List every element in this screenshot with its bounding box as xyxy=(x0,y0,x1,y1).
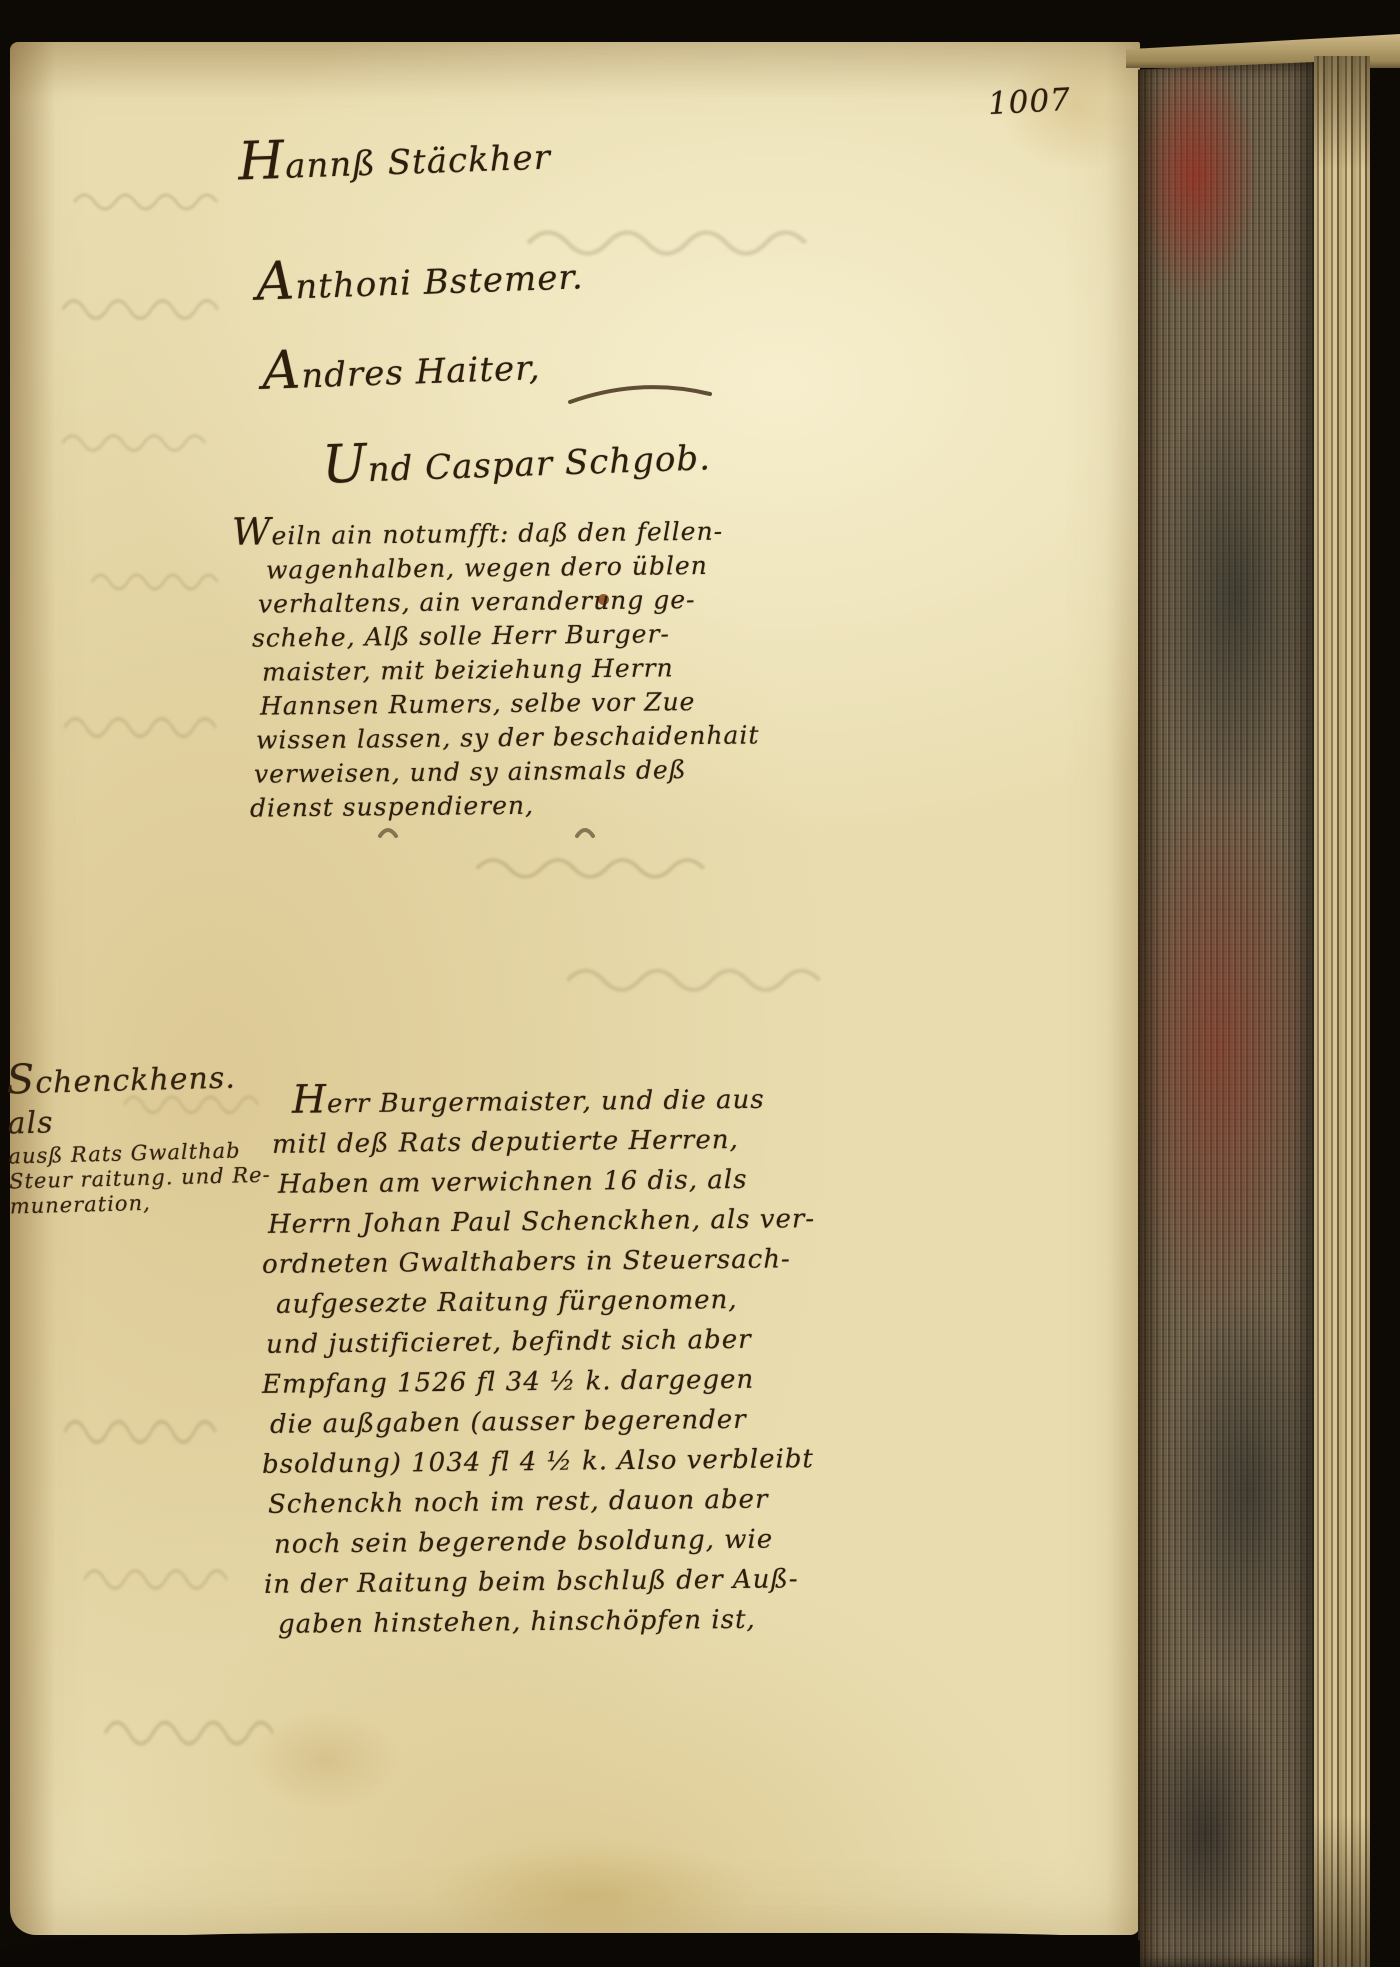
text-line: gaben hinstehen, hinschöpfen ist, xyxy=(278,1599,815,1645)
text-line: bsoldung) 1034 fl 4 ½ k. Also verbleibt xyxy=(262,1439,815,1485)
bleed-through-text xyxy=(58,282,243,332)
background-shadow xyxy=(0,1933,1140,1967)
text-line: die außgaben (ausser begerender xyxy=(270,1399,815,1445)
text-line: schehe, Alß solle Herr Burger- xyxy=(252,616,760,655)
text-line: Weiln ain notumfft: daß den fellen- xyxy=(232,509,760,554)
paragraph-resolution: Weiln ain notumfft: daß den fellen- wage… xyxy=(232,512,759,823)
entry-heading: Andres Haiter, xyxy=(261,331,541,402)
text-line: Empfang 1526 fl 34 ½ k. dargegen xyxy=(262,1359,815,1405)
text-line: in der Raitung beim bschluß der Auß- xyxy=(264,1559,815,1605)
text-line: Haben am verwichnen 16 dis, als xyxy=(278,1159,815,1205)
bleed-through-text xyxy=(58,420,228,462)
margin-note: Schenckhens. als ausß Rats Gwalthab Steu… xyxy=(6,1052,280,1219)
pen-stroke xyxy=(565,372,715,412)
text-line: wissen lassen, sy der beschaidenhait xyxy=(256,718,760,757)
bleed-through-text xyxy=(560,950,860,1005)
text-line: noch sein begerende bsoldung, wie xyxy=(274,1519,815,1565)
bleed-through-text xyxy=(70,180,240,220)
text-line: Herr Burgermaister, und die aus xyxy=(292,1075,816,1124)
page-number: 1007 xyxy=(987,82,1072,122)
text-line: wagenhalben, wegen dero üblen xyxy=(266,548,760,587)
bleed-through-text xyxy=(88,560,238,600)
margin-note-line: Schenckhens. als xyxy=(6,1052,278,1144)
entry-heading: Anthoni Bstemer. xyxy=(255,240,584,312)
book-fore-edge xyxy=(1138,62,1316,1967)
text-line: und justificieret, befindt sich aber xyxy=(266,1319,815,1365)
text-line: Hannsen Rumers, selbe vor Zue xyxy=(260,684,760,723)
text-line: dienst suspendieren, xyxy=(250,786,760,825)
paragraph-accounting: Herr Burgermaister, und die aus mitl deß… xyxy=(262,1078,815,1642)
text-line: mitl deß Rats deputierte Herren, xyxy=(272,1119,815,1165)
bleed-through-text xyxy=(60,700,240,750)
book-photo: 1007 Hannß Stäckher Anthoni Bstemer. And… xyxy=(0,0,1400,1967)
text-line: aufgesezte Raitung fürgenomen, xyxy=(276,1279,815,1325)
paper-stain xyxy=(250,1710,400,1810)
text-line: verhaltens, ain veranderung ge- xyxy=(258,582,760,621)
text-line: verweisen, und sy ainsmals deß xyxy=(254,752,760,791)
entry-heading: Hannß Stäckher xyxy=(237,121,552,193)
bleed-through-text xyxy=(60,1400,240,1458)
text-line: ordneten Gwalthabers in Steuersach- xyxy=(262,1239,815,1285)
text-line: Schenckh noch im rest, dauon aber xyxy=(268,1479,815,1525)
text-line: maister, mit beiziehung Herrn xyxy=(262,650,760,689)
book-page-edges xyxy=(1314,56,1370,1967)
text-line: Herrn Johan Paul Schenckhen, als ver- xyxy=(268,1199,815,1245)
bleed-through-text xyxy=(80,1552,250,1602)
bleed-through-text xyxy=(470,842,740,890)
